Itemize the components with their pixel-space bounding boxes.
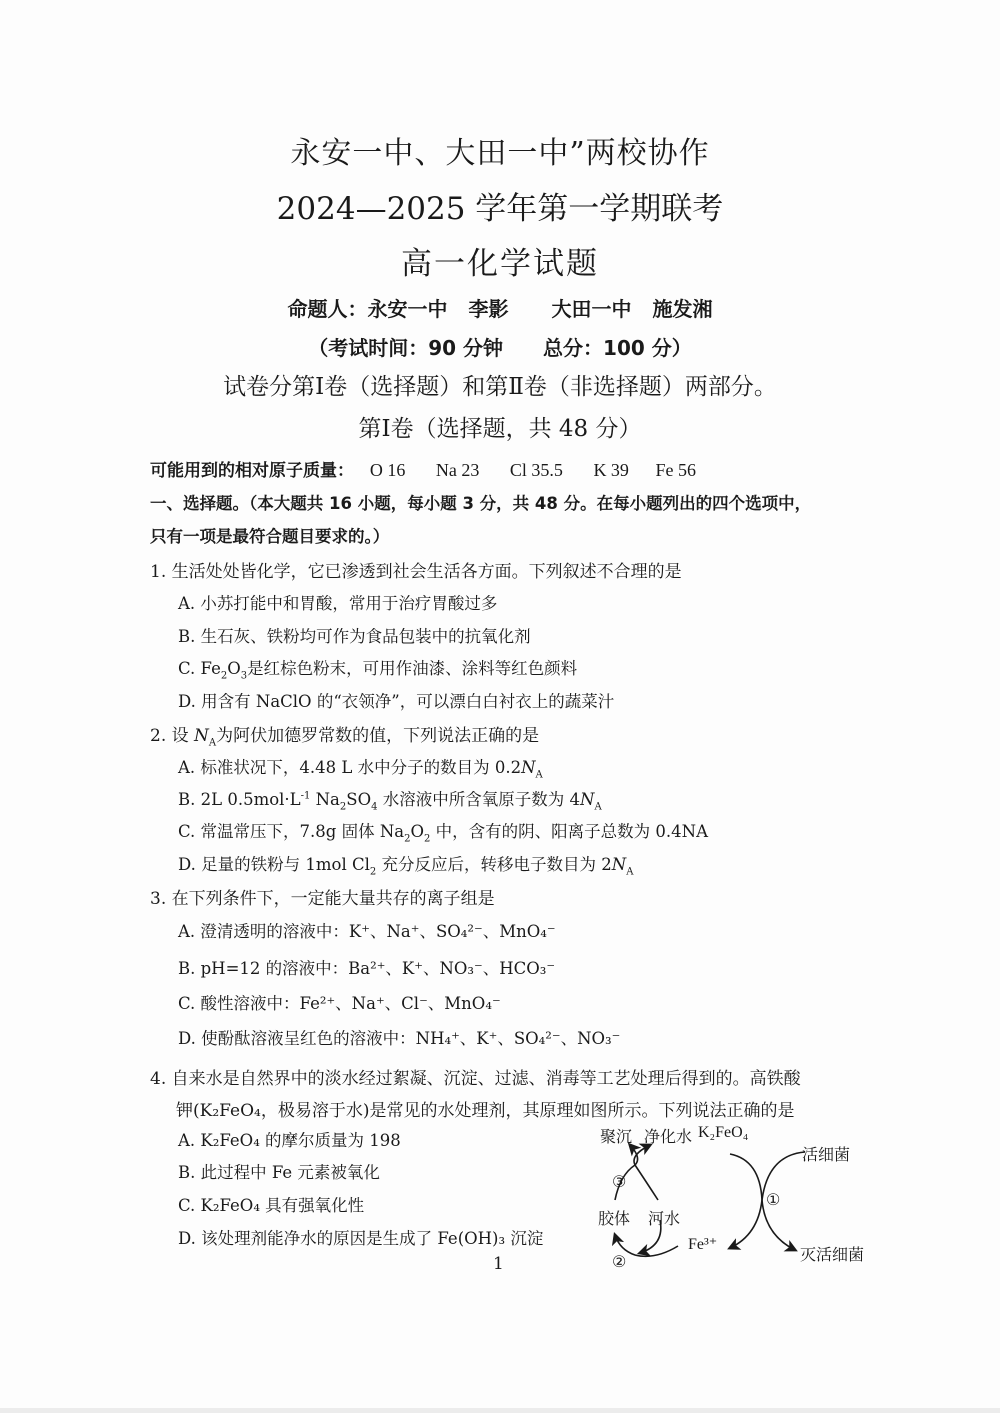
q2-option-b[interactable]: B. 2L 0.5mol·L-1 Na2SO4 水溶液中所含氧原子数为 4NA [178,786,602,810]
author-2: 施发湘 [652,293,712,322]
parts-note: 试卷分第Ⅰ卷（选择题）和第Ⅱ卷（非选择题）两部分。 [0,368,1000,401]
q1-option-d[interactable]: D. 用含有 NaClO 的“衣领净”，可以漂白白衬衣上的蔬菜汁 [178,688,614,712]
question-stem: 生活处处皆化学，它已渗透到社会生活各方面。下列叙述不合理的是 [172,562,682,582]
mass-na: Na 23 [436,460,480,480]
question-4-stem-line2: 钾(K₂FeO₄，极易溶于水)是常见的水处理剂，其原理如图所示。下列说法正确的是 [176,1096,794,1121]
q4-option-a[interactable]: A. K₂FeO₄ 的摩尔质量为 198 [178,1127,401,1151]
q3-option-a[interactable]: A. 澄清透明的溶液中：K⁺、Na⁺、SO₄²⁻、MnO₄⁻ [178,918,556,942]
q4-option-b[interactable]: B. 此过程中 Fe 元素被氧化 [178,1159,380,1183]
question-4: 4. 自来水是自然界中的淡水经过絮凝、沉淀、过滤、消毒等工艺处理后得到的。高铁酸 [150,1064,801,1089]
q3-option-b[interactable]: B. pH=12 的溶液中：Ba²⁺、K⁺、NO₃⁻、HCO₃⁻ [178,955,555,979]
school-2: 大田一中 [551,293,631,322]
question-number: 3. [150,889,166,909]
exam-info: （考试时间：90 分钟 总分：100 分） [0,332,1000,361]
question-2: 2. 设 NA为阿伏加德罗常数的值，下列说法正确的是 [150,721,539,746]
question-stem: 自来水是自然界中的淡水经过絮凝、沉淀、过滤、消毒等工艺处理后得到的。高铁酸 [172,1069,801,1089]
authors-line: 命题人：永安一中 李影 大田一中 施发湘 [0,293,1000,322]
step1-icon: ① [766,1190,780,1209]
atomic-masses-line: 可能用到的相对原子质量： O 16 Na 23 Cl 35.5 K 39 Fe … [150,456,696,481]
q4-option-d[interactable]: D. 该处理剂能净水的原因是生成了 Fe(OH)₃ 沉淀 [178,1225,543,1249]
question-1: 1. 生活处处皆化学，它已渗透到社会生活各方面。下列叙述不合理的是 [150,557,682,582]
label-dead-bacteria: 灭活细菌 [800,1242,864,1265]
q2-option-a[interactable]: A. 标准状况下，4.48 L 水中分子的数目为 0.2NA [178,754,543,778]
exam-title-subject: 高一化学试题 [0,238,1000,283]
atomic-masses-label: 可能用到的相对原子质量： [150,461,354,481]
exam-title-schools: 永安一中、大田一中”两校协作 [0,128,1000,172]
volume1-title: 第Ⅰ卷（选择题，共 48 分） [0,410,1000,443]
mass-k: K 39 [593,460,629,480]
exam-title-year: 2024—2025 学年第一学期联考 [0,183,1000,228]
mass-fe: Fe 56 [655,460,696,480]
mass-cl: Cl 35.5 [510,460,563,480]
question-number: 4. [150,1069,166,1089]
q2-option-d[interactable]: D. 足量的铁粉与 1mol Cl2 充分反应后，转移电子数目为 2NA [178,851,633,875]
step2-icon: ② [612,1252,626,1271]
water-treatment-diagram: 聚沉 净化水 K₂FeO₄ 活细菌 ③ ① 胶体 河水 Fe³⁺ ② 灭活细菌 [590,1120,880,1280]
label-river-water: 河水 [648,1206,680,1229]
label-fe3: Fe³⁺ [688,1234,717,1254]
label-clean-water: 净化水 [644,1124,692,1147]
q3-option-c[interactable]: C. 酸性溶液中：Fe²⁺、Na⁺、Cl⁻、MnO₄⁻ [178,990,501,1014]
page-number: 1 [493,1254,504,1274]
q2-option-c[interactable]: C. 常温常压下，7.8g 固体 Na2O2 中，含有的阴、阳离子总数为 0.4… [178,818,708,842]
label-precipitate: 聚沉 [600,1124,632,1147]
mass-o: O 16 [370,460,406,480]
question-number: 1. [150,562,166,582]
authors-label: 命题人：永安一中 [288,293,448,322]
section1-instructions-1: 一、选择题。（本大题共 16 小题，每小题 3 分，共 48 分。在每小题列出的… [150,490,811,514]
q1-option-a[interactable]: A. 小苏打能中和胃酸，常用于治疗胃酸过多 [178,590,497,614]
page-bottom-edge [0,1408,1000,1413]
question-number: 2. [150,726,166,746]
question-stem: 为阿伏加德罗常数的值，下列说法正确的是 [216,726,539,746]
label-colloid: 胶体 [598,1206,630,1229]
question-3: 3. 在下列条件下，一定能大量共存的离子组是 [150,884,495,909]
step3-icon: ③ [612,1172,626,1191]
section1-instructions-2: 只有一项是最符合题目要求的。） [150,523,389,547]
label-k2feo4: K₂FeO₄ [698,1124,748,1142]
label-live-bacteria: 活细菌 [802,1142,850,1165]
question-stem: 在下列条件下，一定能大量共存的离子组是 [172,889,495,909]
q1-option-c[interactable]: C. Fe2O3是红棕色粉末，可用作油漆、涂料等红色颜料 [178,655,577,679]
author-1: 李影 [469,293,509,322]
q1-option-b[interactable]: B. 生石灰、铁粉均可作为食品包装中的抗氧化剂 [178,623,531,647]
q4-option-c[interactable]: C. K₂FeO₄ 具有强氧化性 [178,1192,364,1216]
q3-option-d[interactable]: D. 使酚酞溶液呈红色的溶液中：NH₄⁺、K⁺、SO₄²⁻、NO₃⁻ [178,1025,620,1049]
